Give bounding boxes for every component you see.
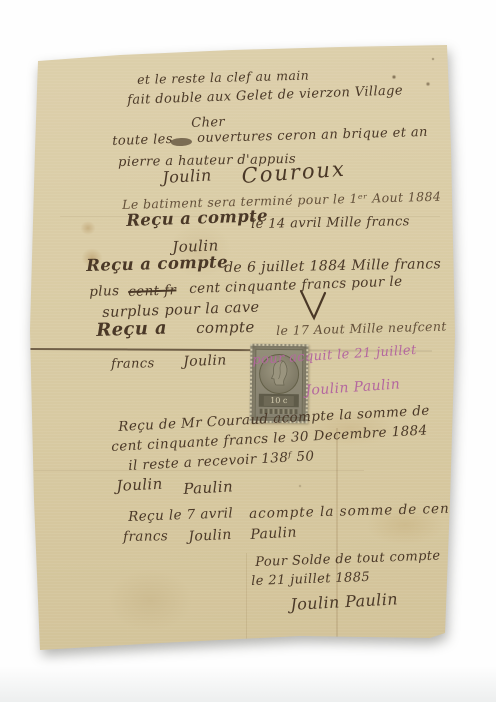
handwriting-line: cent cinquante francs pour le (189, 276, 403, 297)
handwriting-line: Reçu a (96, 320, 167, 340)
handwriting-line: francs (123, 530, 168, 544)
fold-crease-vertical-2 (246, 553, 247, 645)
fold-crease-vertical (336, 428, 338, 646)
signature-joulin: Joulin (183, 353, 227, 369)
aged-paper-sheet: et le reste la clef au main fait double … (0, 0, 496, 702)
signature-joulin: Joulin (162, 167, 212, 186)
handwriting-line: Reçu a compte (86, 254, 228, 274)
handwriting-line: Reçu a compte (126, 208, 268, 229)
handwriting-line: plus (89, 285, 120, 300)
handwriting-line: toute les (112, 133, 173, 148)
signature-joulin: Joulin (116, 477, 163, 494)
handwriting-line: fait double aux Gelet de vierzon Village (127, 84, 403, 107)
handwriting-line: Pour Solde de tout compte (255, 550, 441, 569)
handwriting-line: francs (111, 357, 155, 371)
handwriting-line: ouvertures ceron an brique et an (197, 126, 428, 145)
signature-joulin: Joulin (188, 528, 232, 544)
handwriting-line: de 6 juillet 1884 Mille francs (224, 257, 441, 275)
handwriting-line: et le reste la clef au main (137, 69, 309, 86)
handwriting-line: le 17 Aout Mille neufcent (276, 321, 447, 338)
handwriting-line: Cher (191, 116, 225, 130)
photo-bottom-shade (0, 666, 496, 702)
handwriting-line: Le batiment sera terminé pour le 1ᵉʳ Aou… (122, 191, 441, 212)
paper-shadow-wrapper: et le reste la clef au main fait double … (0, 0, 496, 702)
signature-joulin-paulin: Joulin Paulin (290, 591, 398, 613)
photo-of-document: et le reste la clef au main fait double … (0, 0, 496, 702)
signature-paulin: Paulin (250, 526, 297, 542)
check-mark (298, 288, 328, 322)
struck-out-words: cent fr (128, 284, 177, 299)
ink-blot-strikeout (171, 137, 192, 146)
stamp-value-band: 10 c (259, 394, 299, 407)
signature-couroux: Couroux (241, 159, 347, 187)
handwriting-line: acompte la somme de cent (249, 503, 456, 522)
signature-paulin: Paulin (183, 479, 233, 497)
handwriting-line: compte (196, 320, 255, 336)
stamp-value: 10 c (264, 395, 293, 405)
handwriting-line: Reçu le 7 avril (128, 507, 233, 524)
handwriting-line: le 21 juillet 1885 (251, 571, 370, 588)
purple-note-signatures: Joulin Paulin (305, 377, 401, 398)
handwriting-line: le 14 avril Mille francs (251, 215, 410, 231)
